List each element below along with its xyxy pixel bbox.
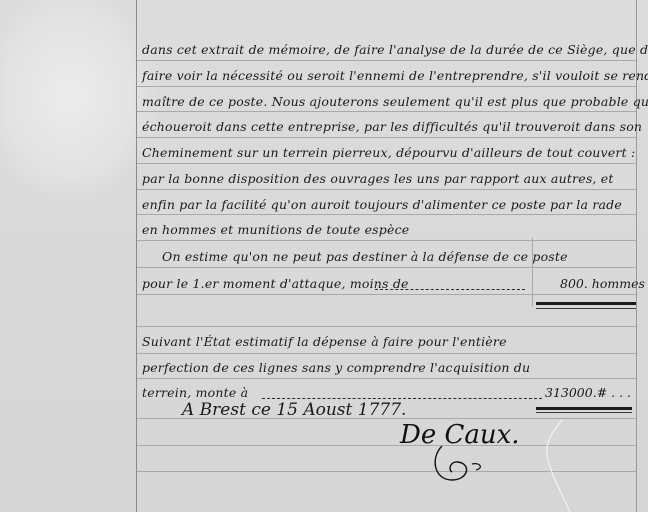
left-margin-rule [136,0,137,512]
text-line: Suivant l'État estimatif la dépense à fa… [142,334,507,349]
cost-amount: 313000.# . . . [545,385,631,400]
total-underline [536,308,636,309]
ruled-line [137,240,636,241]
ruled-line [137,294,636,295]
document-page: dans cet extrait de mémoire, de faire l'… [0,0,648,512]
paper-crease [540,420,580,512]
ruled-line [137,353,636,354]
text-line: terrein, monte à [142,385,248,400]
ruled-line [137,378,636,379]
ruled-line [137,214,636,215]
total-underline [536,407,632,410]
text-line: On estime qu'on ne peut pas destiner à l… [162,249,568,264]
signature-flourish-icon [428,444,488,484]
total-underline [536,302,636,305]
text-line: Cheminement sur un terrein pierreux, dép… [142,145,635,160]
text-line: maître de ce poste. Nous ajouterons seul… [142,94,648,109]
garrison-amount: 800. hommes [560,276,645,291]
ruled-line [137,267,636,268]
text-line: enfin par la facilité qu'on auroit toujo… [142,197,622,212]
text-line: en hommes et munitions de toute espèce [142,222,409,237]
text-line: faire voir la nécessité ou seroit l'enne… [142,68,648,83]
dotted-leader [262,398,542,399]
dotted-leader [375,289,525,290]
ruled-line [137,163,636,164]
text-line: dans cet extrait de mémoire, de faire l'… [142,42,648,57]
ruled-line [137,137,636,138]
ruled-line [137,189,636,190]
ruled-line [137,111,636,112]
ruled-line [137,60,636,61]
total-underline [536,412,632,413]
text-line: échoueroit dans cette entreprise, par le… [142,119,642,134]
text-line: pour le 1.er moment d'attaque, moins de [142,276,409,291]
ruled-line [137,86,636,87]
text-line: perfection de ces lignes sans y comprend… [142,360,530,375]
text-line: par la bonne disposition des ouvrages le… [142,171,614,186]
ruled-line [137,326,636,327]
dateline: A Brest ce 15 Aoust 1777. [182,400,406,420]
